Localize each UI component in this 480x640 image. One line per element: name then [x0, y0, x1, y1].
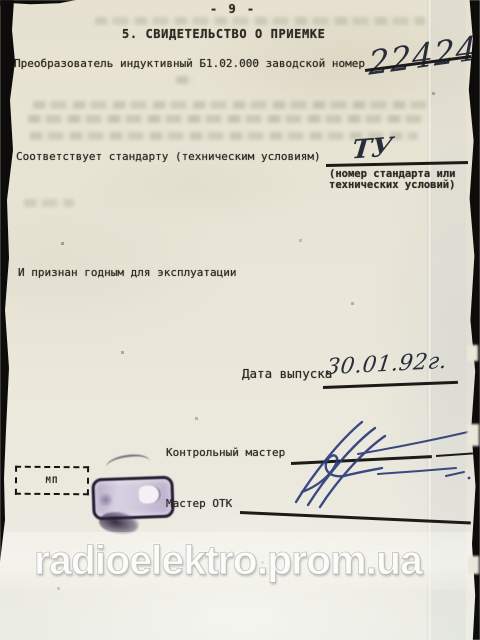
- stamp-inner-mark: [139, 485, 162, 504]
- watermark-text: radioelektro.prom.ua: [34, 537, 422, 584]
- release-date-label: Дата выпуска: [242, 366, 332, 381]
- bleedthrough-text: [176, 76, 194, 84]
- standard-hint-line2: технических условий): [329, 179, 455, 191]
- bleedthrough-text: [33, 101, 428, 109]
- stamp-edge-arc: [105, 452, 151, 476]
- bleedthrough-text: [95, 17, 425, 25]
- standard-line: Соответствует стандарту (техническим усл…: [16, 150, 321, 163]
- stamp-ink-blot: [98, 493, 114, 508]
- acceptance-statement: И признан годным для эксплуатации: [18, 266, 237, 279]
- section-title: 5. СВИДЕТЕЛЬСТВО О ПРИЕМКЕ: [122, 27, 325, 41]
- page-number: - 9 -: [210, 2, 256, 16]
- edge-gap: [468, 556, 479, 574]
- otk-master-label: Мастер ОТК: [166, 497, 232, 510]
- scanned-certificate-page: - 9 - 5. СВИДЕТЕЛЬСТВО О ПРИЕМКЕ Преобра…: [0, 0, 480, 640]
- stamp-place-box: МП: [15, 466, 89, 496]
- edge-gap: [467, 345, 478, 361]
- device-line: Преобразователь индуктивный Б1.02.000 за…: [14, 57, 365, 70]
- signature-scribble: [278, 412, 473, 512]
- bleedthrough-text: [24, 199, 74, 207]
- bleedthrough-text: [28, 115, 428, 123]
- standard-value-handwritten: ТУ: [350, 132, 394, 165]
- control-master-label: Контрольный мастер: [166, 446, 285, 459]
- stamp-place-label: МП: [46, 475, 59, 485]
- edge-gap: [467, 424, 479, 446]
